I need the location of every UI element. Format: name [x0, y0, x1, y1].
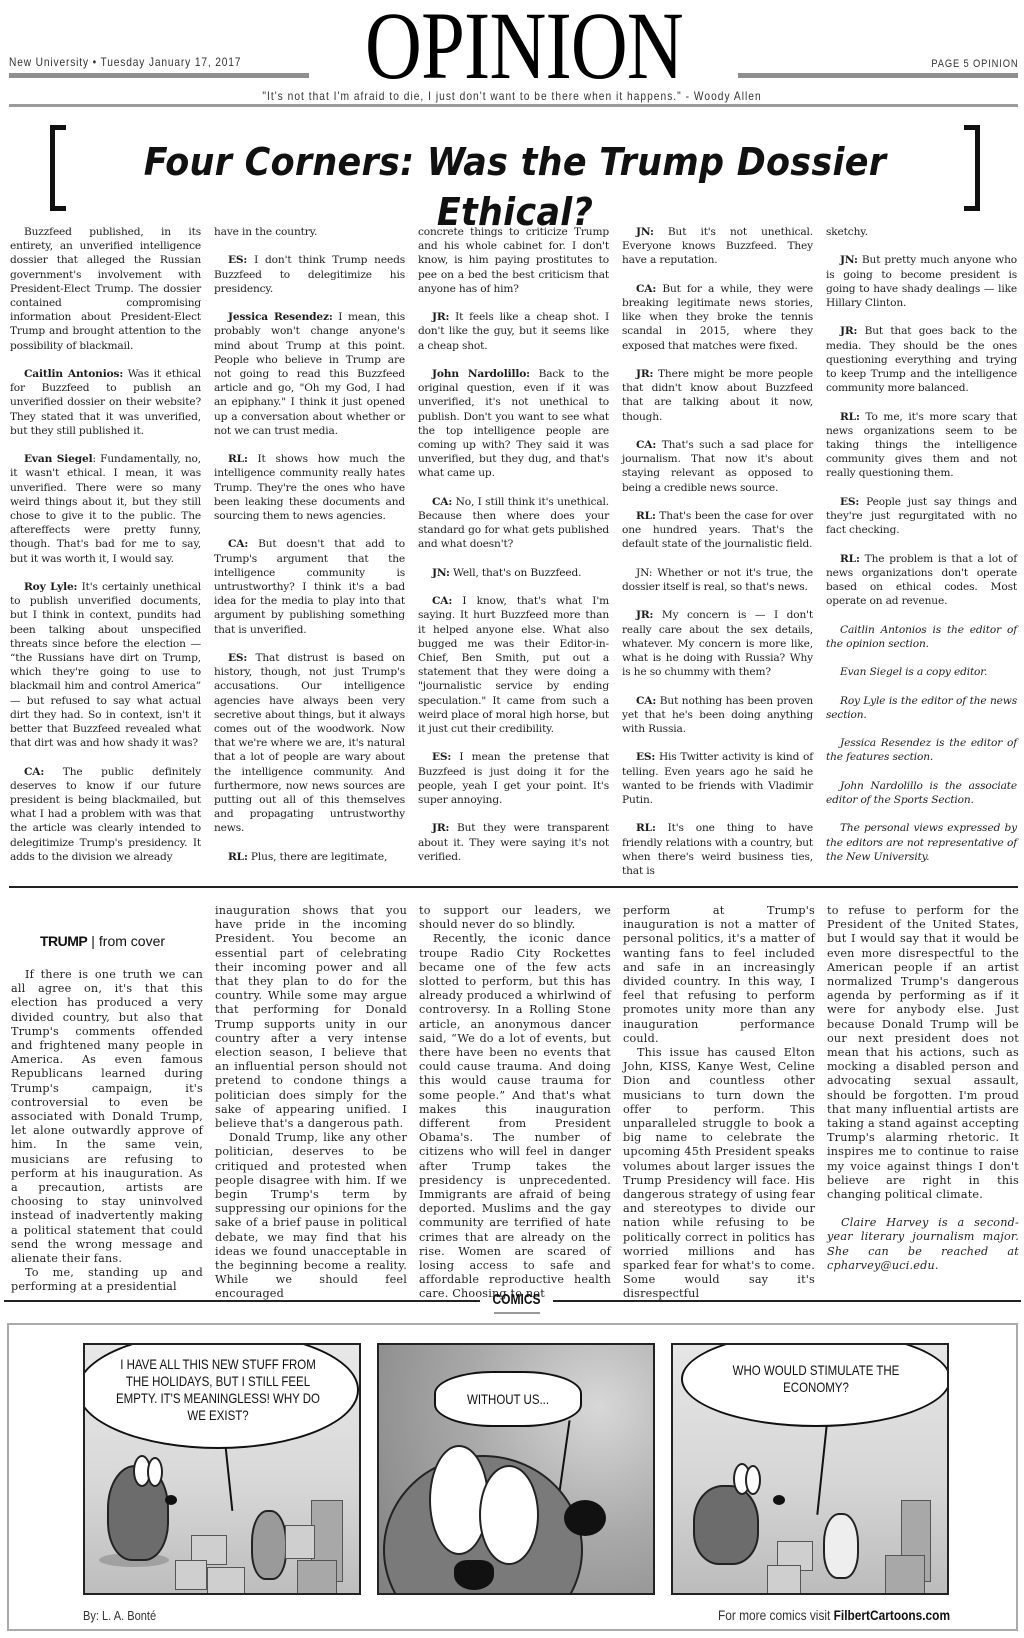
squirrel-character: [251, 1510, 287, 1580]
comic-website-link[interactable]: FilbertCartoons.com: [834, 1607, 950, 1623]
paragraph: Donald Trump, like any other politician,…: [215, 1131, 407, 1301]
speech-bubble: WHO WOULD STIMULATE THE ECONOMY?: [681, 1343, 949, 1427]
jump-column-2: inauguration shows that you have pride i…: [215, 904, 407, 1302]
speech-tail: [816, 1425, 827, 1515]
character-eye: [147, 1457, 163, 1487]
paragraph: JR: My concern is — I don't really care …: [622, 608, 813, 679]
section-title: OPINION: [352, 0, 696, 94]
masthead-rule-bottom: [9, 104, 1018, 107]
speech-bubble: I HAVE ALL THIS NEW STUFF FROM THE HOLID…: [83, 1343, 359, 1449]
character-nose: [165, 1495, 177, 1505]
bracket-left-icon: [50, 125, 66, 211]
comics-rule-left: [4, 1300, 480, 1302]
paragraph: If there is one truth we can all agree o…: [11, 968, 203, 1266]
article-column-1: Buzzfeed published, in its entirety, an …: [10, 225, 201, 864]
headline-block: Four Corners: Was the Trump Dossier Ethi…: [50, 125, 980, 211]
paragraph: JR: There might be more people that didn…: [622, 367, 813, 424]
gift-box: [207, 1567, 245, 1595]
paragraph: ES: I don't think Trump needs Buzzfeed t…: [214, 253, 405, 296]
article-column-5: sketchy. JN: But pretty much anyone who …: [826, 225, 1017, 864]
jump-column-4: perform at Trump's inauguration is not a…: [623, 904, 815, 1302]
comic-more-link[interactable]: For more comics visit FilbertCartoons.co…: [718, 1607, 950, 1623]
publication-date: New University • Tuesday January 17, 201…: [9, 55, 241, 69]
paragraph: CA: The public definitely deserves to kn…: [10, 765, 201, 864]
gift-box: [767, 1565, 801, 1595]
paragraph: Caitlin Antonios: Was it ethical for Buz…: [10, 367, 201, 438]
gift-box: [297, 1560, 337, 1595]
masthead-rule-left: [9, 73, 309, 78]
article-column-4: JN: But it's not unethical. Everyone kno…: [622, 225, 813, 878]
page-title: Four Corners: Was the Trump Dossier Ethi…: [106, 137, 925, 237]
paragraph: JR: But they were transparent about it. …: [418, 821, 609, 864]
paragraph: JR: It feels like a cheap shot. I don't …: [418, 310, 609, 353]
comic-panel-3: WHO WOULD STIMULATE THE ECONOMY?: [671, 1343, 949, 1595]
paragraph: RL: The problem is that a lot of news or…: [826, 552, 1017, 609]
paragraph: JN: But pretty much anyone who is going …: [826, 253, 1017, 310]
squirrel-character: [823, 1513, 859, 1579]
bracket-right-icon: [964, 125, 980, 211]
paragraph: to support our leaders, we should never …: [419, 904, 611, 932]
disclaimer: The personal views expressed by the edit…: [826, 821, 1017, 864]
paragraph: CA: But for a while, they were breaking …: [622, 282, 813, 353]
section-divider: [9, 886, 1018, 888]
jump-keyword: TRUMP: [40, 933, 87, 949]
character-mouth: [454, 1560, 494, 1590]
paragraph: concrete things to criticize Trump and h…: [418, 225, 609, 296]
character-nose: [564, 1500, 606, 1536]
article-column-3: concrete things to criticize Trump and h…: [418, 225, 609, 864]
paragraph: ES: That distrust is based on history, t…: [214, 651, 405, 836]
paragraph: CA: But doesn't that add to Trump's argu…: [214, 537, 405, 636]
gift-box: [885, 1555, 925, 1595]
paragraph: RL: It shows how much the intelligence c…: [214, 452, 405, 523]
speech-bubble: WITHOUT US...: [434, 1371, 582, 1427]
paragraph: perform at Trump's inauguration is not a…: [623, 904, 815, 1046]
speech-tail: [225, 1447, 234, 1511]
jump-column-1: If there is one truth we can all agree o…: [11, 968, 203, 1295]
paragraph: RL: It's one thing to have friendly rela…: [622, 821, 813, 878]
paragraph: CA: But nothing has been proven yet that…: [622, 694, 813, 737]
character-nose: [773, 1495, 785, 1505]
editor-bio: Roy Lyle is the editor of the news secti…: [826, 694, 1017, 722]
paragraph: ES: His Twitter activity is kind of tell…: [622, 750, 813, 807]
paragraph: sketchy.: [826, 225, 1017, 239]
paragraph: JN: Well, that's on Buzzfeed.: [418, 566, 609, 580]
masthead-quote: "It's not that I'm afraid to die, I just…: [77, 89, 947, 103]
paragraph: To me, standing up and performing at a p…: [11, 1266, 203, 1294]
paragraph: RL: To me, it's more scary that news org…: [826, 410, 1017, 481]
comic-panel-1: I HAVE ALL THIS NEW STUFF FROM THE HOLID…: [83, 1343, 361, 1595]
paragraph: Recently, the iconic dance troupe Radio …: [419, 932, 611, 1301]
jump-header: TRUMP|from cover: [40, 933, 165, 949]
paragraph: have in the country.: [214, 225, 405, 239]
page-label: PAGE 5 OPINION: [931, 58, 1018, 70]
paragraph: JR: But that goes back to the media. The…: [826, 324, 1017, 395]
author-bio: Claire Harvey is a second-year literary …: [827, 1216, 1019, 1273]
gift-box: [175, 1560, 207, 1590]
jump-label: from cover: [99, 933, 165, 949]
paragraph: Jessica Resendez: I mean, this probably …: [214, 310, 405, 438]
paragraph: CA: No, I still think it's unethical. Be…: [418, 495, 609, 552]
masthead-rule-right: [738, 73, 1018, 78]
jump-separator: |: [91, 933, 95, 949]
masthead: New University • Tuesday January 17, 201…: [0, 0, 1024, 108]
paragraph: Buzzfeed published, in its entirety, an …: [10, 225, 201, 353]
paragraph: John Nardolillo: Back to the original qu…: [418, 367, 609, 481]
paragraph: ES: People just say things and they're j…: [826, 495, 1017, 538]
editor-bio: Evan Siegel is a copy editor.: [826, 665, 1017, 679]
gift-box: [285, 1525, 315, 1559]
paragraph: Evan Siegel: Fundamentally, no, it wasn'…: [10, 452, 201, 566]
editor-bio: John Nardolillo is the associate editor …: [826, 779, 1017, 807]
editor-bio: Caitlin Antonios is the editor of the op…: [826, 623, 1017, 651]
comic-byline: By: L. A. Bonté: [83, 1608, 156, 1623]
article-column-2: have in the country. ES: I don't think T…: [214, 225, 405, 864]
comics-label-underline: [494, 1312, 540, 1314]
character-eye: [745, 1465, 761, 1495]
character-eye: [479, 1465, 539, 1565]
paragraph: JN: Whether or not it's true, the dossie…: [622, 566, 813, 594]
jump-column-3: to support our leaders, we should never …: [419, 904, 611, 1302]
paragraph: CA: That's such a sad place for journali…: [622, 438, 813, 495]
comics-label: COMICS: [487, 1291, 545, 1308]
paragraph: CA: I know, that's what I'm saying. It h…: [418, 594, 609, 736]
paragraph: RL: Plus, there are legitimate,: [214, 850, 405, 864]
paragraph: RL: That's been the case for over one hu…: [622, 509, 813, 552]
bear-character: [693, 1485, 759, 1565]
editor-bio: Jessica Resendez is the editor of the fe…: [826, 736, 1017, 764]
paragraph: ES: I mean the pretense that Buzzfeed is…: [418, 750, 609, 807]
paragraph: to refuse to perform for the President o…: [827, 904, 1019, 1202]
paragraph: This issue has caused Elton John, KISS, …: [623, 1046, 815, 1302]
comic-panel-2: WITHOUT US...: [377, 1343, 655, 1595]
comics-rule-right: [553, 1300, 1021, 1302]
paragraph: Roy Lyle: It's certainly unethical to pu…: [10, 580, 201, 750]
jump-column-5: to refuse to perform for the President o…: [827, 904, 1019, 1273]
paragraph: JN: But it's not unethical. Everyone kno…: [622, 225, 813, 268]
paragraph: inauguration shows that you have pride i…: [215, 904, 407, 1131]
